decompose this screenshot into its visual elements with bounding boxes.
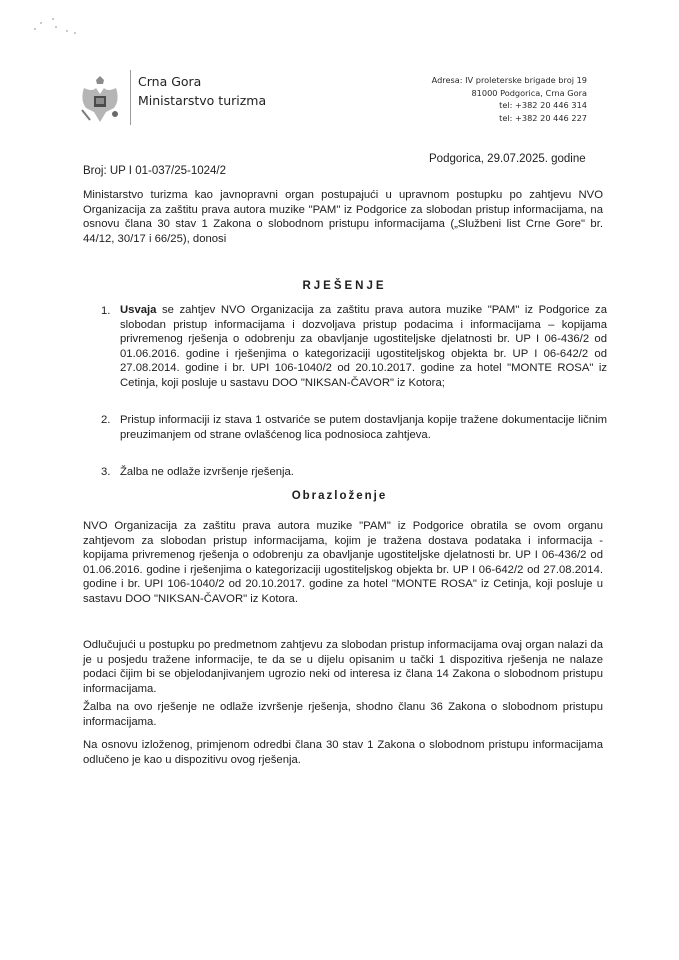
reference-number: Broj: UP I 01-037/25-1024/2 [83,165,226,177]
montenegro-coat-of-arms-icon [78,74,122,126]
place-and-date: Podgorica, 29.07.2025. godine [429,153,586,165]
phone-line: tel: +382 20 446 227 [432,112,587,125]
decision-item: 2. Pristup informaciji iz stava 1 ostvar… [95,413,607,442]
decision-heading: RJEŠENJE [0,280,679,292]
scan-specks [30,14,90,44]
item-lead: Usvaja [120,304,156,316]
item-text: Pristup informaciji iz stava 1 ostvariće… [120,413,607,442]
decision-item: 1. Usvaja se zahtjev NVO Organizacija za… [95,299,607,390]
reasoning-paragraph: Žalba na ovo rješenje ne odlaže izvršenj… [83,700,603,729]
reasoning-heading: Obrazloženje [0,490,679,502]
letterhead-address: Adresa: IV proleterske brigade broj 19 8… [432,74,587,125]
item-text: se zahtjev NVO Organizacija za zaštitu p… [120,304,607,389]
letterhead-org: Crna Gora Ministarstvo turizma [138,72,266,110]
country-name: Crna Gora [138,72,266,91]
reasoning-paragraph: NVO Organizacija za zaštitu prava autora… [83,519,603,606]
phone-line: tel: +382 20 446 314 [432,99,587,112]
item-number: 2. [101,413,110,428]
letterhead-divider [130,70,131,125]
item-number: 1. [101,304,110,319]
address-line: 81000 Podgorica, Crna Gora [432,87,587,100]
ministry-name: Ministarstvo turizma [138,91,266,110]
item-number: 3. [101,465,110,480]
item-text: Žalba ne odlaže izvršenje rješenja. [120,465,607,480]
intro-paragraph: Ministarstvo turizma kao javnopravni org… [83,188,603,246]
address-line: Adresa: IV proleterske brigade broj 19 [432,74,587,87]
decision-items: 1. Usvaja se zahtjev NVO Organizacija za… [95,297,607,480]
reasoning-paragraph: Na osnovu izloženog, primjenom odredbi č… [83,738,603,767]
reasoning-paragraph: Odlučujući u postupku po predmetnom zaht… [83,638,603,696]
decision-item: 3. Žalba ne odlaže izvršenje rješenja. [95,465,607,480]
